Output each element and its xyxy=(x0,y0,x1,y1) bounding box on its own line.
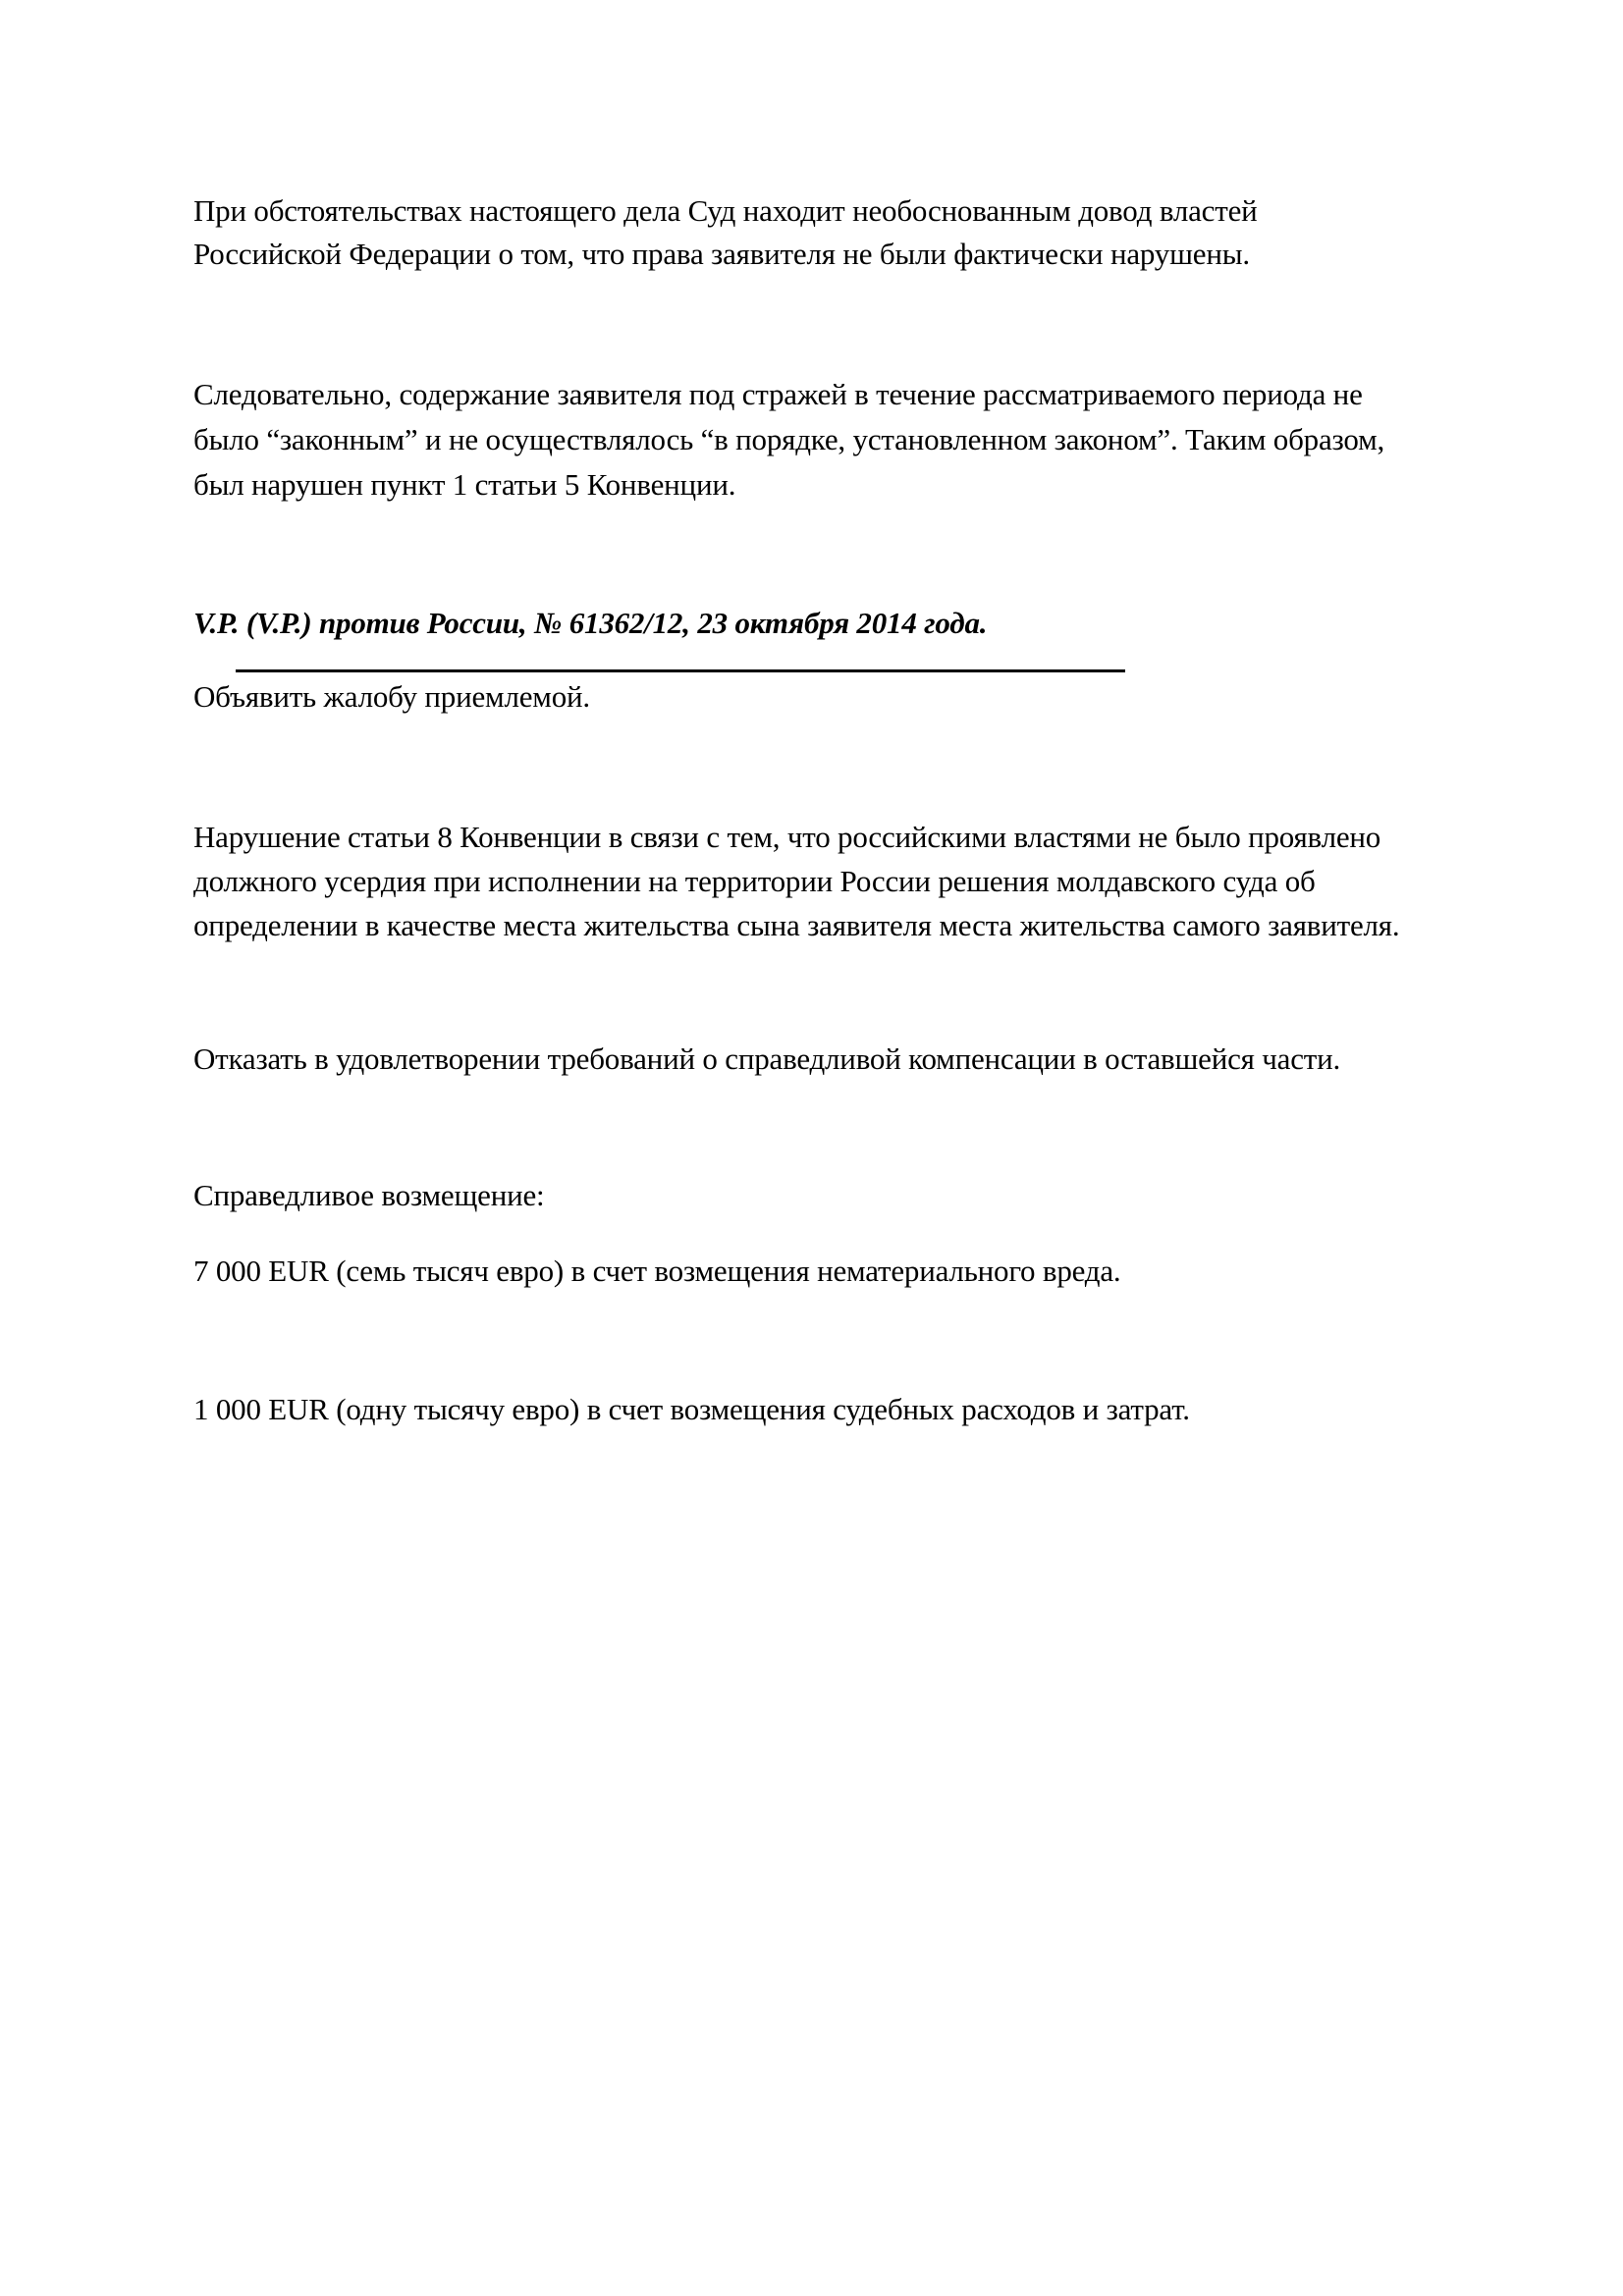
paragraph-line: При обстоятельствах настоящего дела Суд … xyxy=(193,193,1258,229)
dismissal-text: Отказать в удовлетворении требований о с… xyxy=(193,1041,1340,1077)
award-costs: 1 000 EUR (одну тысячу евро) в счет возм… xyxy=(193,1392,1190,1427)
separator-rule xyxy=(236,669,1125,672)
case-heading: V.P. (V.P.) против России, № 61362/12, 2… xyxy=(193,606,987,641)
paragraph-line: Российской Федерации о том, что права за… xyxy=(193,237,1250,272)
paragraph-line: был нарушен пункт 1 статьи 5 Конвенции. xyxy=(193,467,735,503)
paragraph-line: Следовательно, содержание заявителя под … xyxy=(193,377,1363,412)
just-satisfaction-label: Справедливое возмещение: xyxy=(193,1178,544,1213)
award-non-pecuniary: 7 000 EUR (семь тысяч евро) в счет возме… xyxy=(193,1254,1120,1289)
violation-line: определении в качестве места жительства … xyxy=(193,908,1399,943)
violation-line: должного усердия при исполнении на терри… xyxy=(193,864,1316,899)
paragraph-line: было “законным” и не осуществлялось “в п… xyxy=(193,422,1384,457)
document-page: При обстоятельствах настоящего дела Суд … xyxy=(0,0,1623,2296)
admissibility-text: Объявить жалобу приемлемой. xyxy=(193,679,590,715)
violation-line: Нарушение статьи 8 Конвенции в связи с т… xyxy=(193,820,1380,855)
